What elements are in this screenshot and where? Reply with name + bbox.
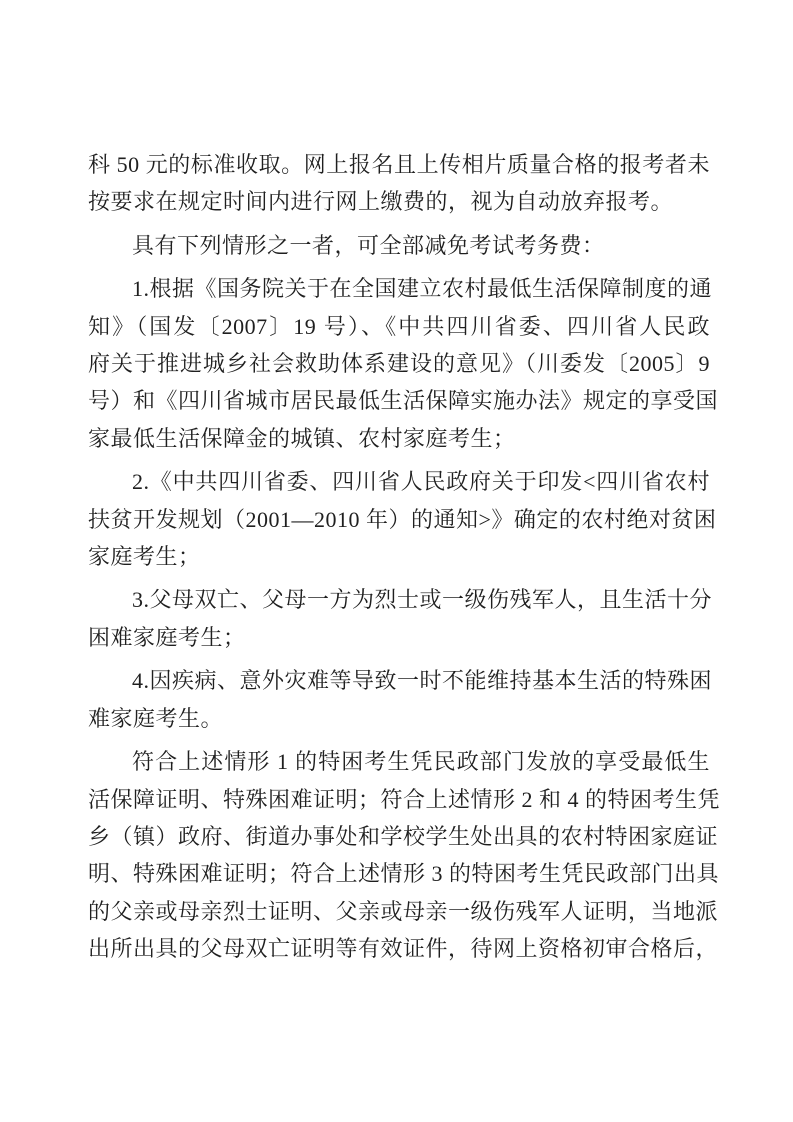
text-line: 家最低生活保障金的城镇、农村家庭考生； [88,420,710,457]
text-line: 扶贫开发规划（2001—2010 年）的通知>》确定的农村绝对贫困 [88,501,710,538]
text-line: 号）和《四川省城市居民最低生活保障实施办法》规定的享受国 [88,382,710,419]
text-line: 2.《中共四川省委、四川省人民政府关于印发<四川省农村 [88,463,710,500]
text-line: 的父亲或母亲烈士证明、父亲或母亲一级伤残军人证明，当地派 [88,893,710,930]
paragraph-certificates: 符合上述情形 1 的特困考生凭民政部门发放的享受最低生 活保障证明、特殊困难证明… [88,743,710,967]
text-line: 知》（国发〔2007〕19 号）、《中共四川省委、四川省人民政 [88,308,710,345]
text-line: 乡（镇）政府、街道办事处和学校学生处出具的农村特困家庭证 [88,818,710,855]
text-line: 出所出具的父母双亡证明等有效证件，待网上资格初审合格后， [88,930,710,967]
paragraph-item-2: 2.《中共四川省委、四川省人民政府关于印发<四川省农村 扶贫开发规划（2001—… [88,463,710,575]
text-line: 困难家庭考生； [88,619,710,656]
text-line: 按要求在规定时间内进行网上缴费的，视为自动放弃报考。 [88,183,710,220]
paragraph-waiver-lead: 具有下列情形之一者，可全部减免考试考务费： [88,227,710,264]
text-line: 家庭考生； [88,538,710,575]
paragraph-item-1: 1.根据《国务院关于在全国建立农村最低生活保障制度的通 知》（国发〔2007〕1… [88,270,710,457]
text-line: 3.父母双亡、父母一方为烈士或一级伤残军人，且生活十分 [88,581,710,618]
text-line: 难家庭考生。 [88,700,710,737]
text-line: 活保障证明、特殊困难证明；符合上述情形 2 和 4 的特困考生凭 [88,781,710,818]
text-line: 府关于推进城乡社会救助体系建设的意见》（川委发〔2005〕9 [88,345,710,382]
text-line: 4.因疾病、意外灾难等导致一时不能维持基本生活的特殊困 [88,662,710,699]
text-line: 符合上述情形 1 的特困考生凭民政部门发放的享受最低生 [88,743,710,780]
document-page: 科 50 元的标准收取。网上报名且上传相片质量合格的报考者未 按要求在规定时间内… [0,0,793,1122]
paragraph-item-4: 4.因疾病、意外灾难等导致一时不能维持基本生活的特殊困 难家庭考生。 [88,662,710,737]
text-line: 科 50 元的标准收取。网上报名且上传相片质量合格的报考者未 [88,146,710,183]
paragraph-fee-payment: 科 50 元的标准收取。网上报名且上传相片质量合格的报考者未 按要求在规定时间内… [88,146,710,221]
text-line: 明、特殊困难证明；符合上述情形 3 的特困考生凭民政部门出具 [88,855,710,892]
paragraph-item-3: 3.父母双亡、父母一方为烈士或一级伤残军人，且生活十分 困难家庭考生； [88,581,710,656]
document-text: 科 50 元的标准收取。网上报名且上传相片质量合格的报考者未 按要求在规定时间内… [88,146,710,968]
text-line: 具有下列情形之一者，可全部减免考试考务费： [88,227,710,264]
text-line: 1.根据《国务院关于在全国建立农村最低生活保障制度的通 [88,270,710,307]
